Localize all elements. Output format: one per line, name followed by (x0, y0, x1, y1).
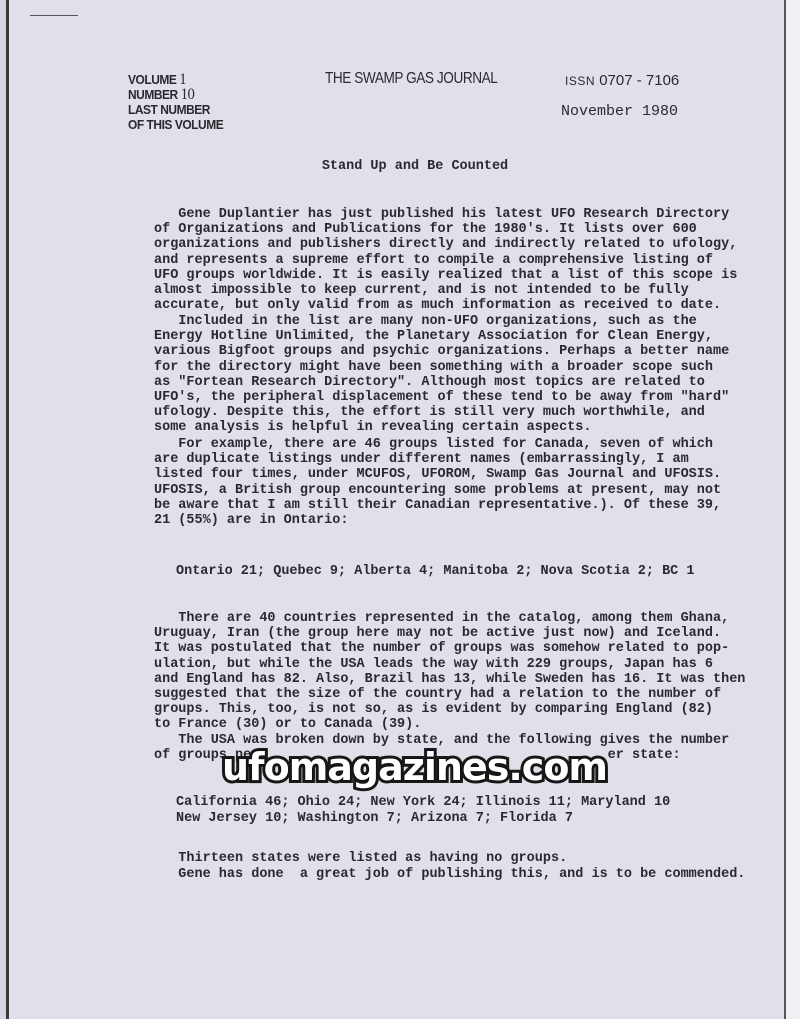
text-line: various Bigfoot groups and psychic organ… (154, 344, 714, 359)
text-line: ufology. Despite this, the effort is sti… (154, 405, 714, 420)
text-line: Gene Duplantier has just published his l… (154, 207, 714, 222)
page-edge (784, 0, 800, 1019)
text-line: It was postulated that the number of gro… (154, 641, 714, 656)
text-line: UFO's, the peripheral displacement of th… (154, 390, 714, 405)
article-title: Stand Up and Be Counted (0, 159, 780, 174)
issue-date: November 1980 (561, 103, 678, 120)
paragraph-4: There are 40 countries represented in th… (154, 611, 714, 733)
volume-info: VOLUME 1 NUMBER 10 LAST NUMBER OF THIS V… (128, 72, 223, 132)
journal-title: THE SWAMP GAS JOURNAL (325, 70, 497, 88)
text-line: are duplicate listings under different n… (154, 452, 714, 467)
text-line: accurate, but only valid from as much in… (154, 298, 714, 313)
text-line: Uruguay, Iran (the group here may not be… (154, 626, 714, 641)
text-line: for the directory might have been someth… (154, 360, 714, 375)
issn-label: ISSN (565, 74, 595, 88)
closing-line-1: Thirteen states were listed as having no… (154, 851, 714, 866)
text-line: almost impossible to keep current, and i… (154, 283, 714, 298)
provinces-line: Ontario 21; Quebec 9; Alberta 4; Manitob… (176, 564, 736, 579)
paragraph-1: Gene Duplantier has just published his l… (154, 207, 714, 313)
paragraph-2: Included in the list are many non-UFO or… (154, 314, 714, 436)
text-line: to France (30) or to Canada (39). (154, 717, 714, 732)
text-line: be aware that I am still their Canadian … (154, 498, 714, 513)
text-line: For example, there are 46 groups listed … (154, 437, 714, 452)
corner-mark (30, 15, 78, 16)
text-line: organizations and publishers directly an… (154, 237, 714, 252)
last-number-line2: OF THIS VOLUME (128, 117, 223, 132)
watermark: ufomagazines.com (222, 745, 607, 789)
text-line: and England has 82. Also, Brazil has 13,… (154, 672, 714, 687)
text-line: and represents a supreme effort to compi… (154, 253, 714, 268)
text-line: UFO groups worldwide. It is easily reali… (154, 268, 714, 283)
text-line: 21 (55%) are in Ontario: (154, 513, 714, 528)
text-line: as "Fortean Research Directory". Althoug… (154, 375, 714, 390)
text-line: listed four times, under MCUFOS, UFOROM,… (154, 467, 714, 482)
text-line: suggested that the size of the country h… (154, 687, 714, 702)
volume-label: VOLUME (128, 72, 176, 87)
text-line: There are 40 countries represented in th… (154, 611, 714, 626)
text-line: Included in the list are many non-UFO or… (154, 314, 714, 329)
number-label: NUMBER (128, 87, 178, 102)
states-line-2: New Jersey 10; Washington 7; Arizona 7; … (176, 811, 736, 826)
last-number-line1: LAST NUMBER (128, 102, 223, 117)
issn: ISSN 0707 - 7106 (565, 72, 679, 89)
paragraph-3: For example, there are 46 groups listed … (154, 437, 714, 528)
text-line: of Organizations and Publications for th… (154, 222, 714, 237)
states-line-1: California 46; Ohio 24; New York 24; Ill… (176, 795, 736, 810)
closing-line-2: Gene has done a great job of publishing … (154, 867, 714, 882)
text-line: ulation, but while the USA leads the way… (154, 657, 714, 672)
issue-number: 10 (181, 86, 195, 103)
text-line: Energy Hotline Unlimited, the Planetary … (154, 329, 714, 344)
text-line: UFOSIS, a British group encountering som… (154, 483, 714, 498)
text-line: some analysis is helpful in revealing ce… (154, 420, 714, 435)
issn-value: 0707 - 7106 (599, 72, 679, 89)
text-line: groups. This, too, is not so, as is evid… (154, 702, 714, 717)
